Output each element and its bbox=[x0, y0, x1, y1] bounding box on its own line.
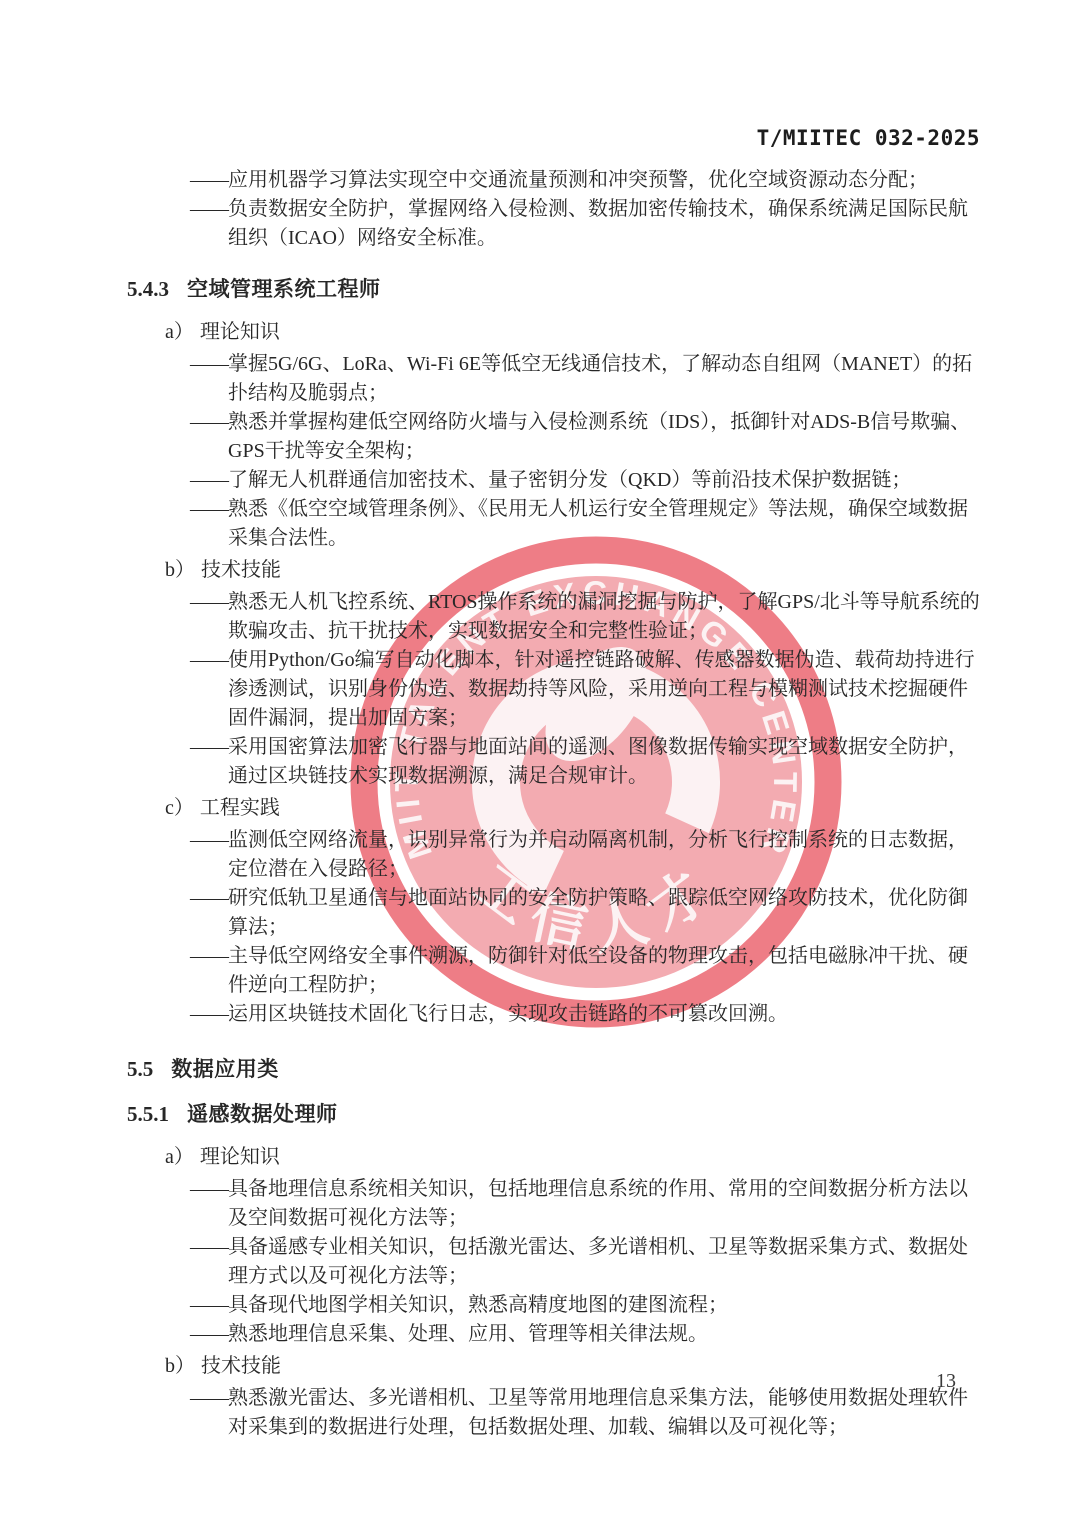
dash-mark: —— bbox=[190, 169, 228, 191]
dash-item-text: 研究低轨卫星通信与地面站协同的安全防护策略、跟踪低空网络攻防技术，优化防御算法； bbox=[228, 887, 968, 938]
list-item-text: 技术技能 bbox=[201, 559, 281, 581]
section-number: 5.5 bbox=[127, 1057, 153, 1081]
dash-mark: —— bbox=[190, 1294, 228, 1316]
dash-item-text: 了解无人机群通信加密技术、量子密钥分发（QKD）等前沿技术保护数据链； bbox=[228, 469, 911, 491]
list-item-label: c） bbox=[165, 797, 194, 819]
dash-item: ——应用机器学习算法实现空中交通流量预测和冲突预警，优化空域资源动态分配； bbox=[127, 166, 982, 195]
page-number: 13 bbox=[936, 1370, 956, 1393]
list-item-a: a）理论知识 bbox=[165, 318, 982, 347]
dash-item-text: 负责数据安全防护，掌握网络入侵检测、数据加密传输技术，确保系统满足国际民航组织（… bbox=[228, 198, 968, 249]
dash-item-text: 具备地理信息系统相关知识，包括地理信息系统的作用、常用的空间数据分析方法以及空间… bbox=[228, 1178, 968, 1229]
dash-item: ——研究低轨卫星通信与地面站协同的安全防护策略、跟踪低空网络攻防技术，优化防御算… bbox=[127, 884, 982, 942]
list-item-b: b）技术技能 bbox=[165, 1352, 982, 1381]
dash-item-text: 具备遥感专业相关知识，包括激光雷达、多光谱相机、卫星等数据采集方式、数据处理方式… bbox=[228, 1236, 968, 1287]
dash-item-text: 掌握5G/6G、LoRa、Wi-Fi 6E等低空无线通信技术，了解动态自组网（M… bbox=[228, 353, 972, 404]
section-heading-5-5-1: 5.5.1遥感数据处理师 bbox=[127, 1100, 982, 1129]
dash-item-text: 熟悉《低空空域管理条例》、《民用无人机运行安全管理规定》等法规，确保空域数据采集… bbox=[228, 498, 968, 549]
dash-item: ——负责数据安全防护，掌握网络入侵检测、数据加密传输技术，确保系统满足国际民航组… bbox=[127, 195, 982, 253]
list-item-label: b） bbox=[165, 559, 195, 581]
dash-item-text: 熟悉并掌握构建低空网络防火墙与入侵检测系统（IDS），抵御针对ADS-B信号欺骗… bbox=[228, 411, 970, 462]
dash-mark: —— bbox=[190, 1236, 228, 1258]
section-title: 数据应用类 bbox=[171, 1058, 279, 1081]
dash-item: ——掌握5G/6G、LoRa、Wi-Fi 6E等低空无线通信技术，了解动态自组网… bbox=[127, 350, 982, 408]
dash-item-text: 运用区块链技术固化飞行日志，实现攻击链路的不可篡改回溯。 bbox=[228, 1003, 788, 1025]
dash-item-text: 熟悉地理信息采集、处理、应用、管理等相关律法规。 bbox=[228, 1323, 708, 1345]
document-content: ——应用机器学习算法实现空中交通流量预测和冲突预警，优化空域资源动态分配； ——… bbox=[127, 166, 982, 1442]
list-item-a: a）理论知识 bbox=[165, 1143, 982, 1172]
dash-mark: —— bbox=[190, 198, 228, 220]
dash-item-text: 熟悉激光雷达、多光谱相机、卫星等常用地理信息采集方法，能够使用数据处理软件对采集… bbox=[228, 1387, 968, 1438]
dash-item-text: 使用Python/Go编写自动化脚本，针对遥控链路破解、传感器数据伪造、载荷劫持… bbox=[228, 649, 975, 729]
dash-mark: —— bbox=[190, 649, 228, 671]
dash-item: ——具备现代地图学相关知识，熟悉高精度地图的建图流程； bbox=[127, 1291, 982, 1320]
list-item-text: 工程实践 bbox=[200, 797, 280, 819]
list-item-text: 理论知识 bbox=[200, 1146, 280, 1168]
section-title: 空域管理系统工程师 bbox=[187, 278, 381, 301]
dash-item: ——运用区块链技术固化飞行日志，实现攻击链路的不可篡改回溯。 bbox=[127, 1000, 982, 1029]
dash-mark: —— bbox=[190, 1178, 228, 1200]
dash-mark: —— bbox=[190, 469, 228, 491]
dash-mark: —— bbox=[190, 411, 228, 433]
dash-item-text: 主导低空网络安全事件溯源，防御针对低空设备的物理攻击，包括电磁脉冲干扰、硬件逆向… bbox=[228, 945, 968, 996]
list-item-text: 技术技能 bbox=[201, 1355, 281, 1377]
list-item-text: 理论知识 bbox=[200, 321, 280, 343]
dash-mark: —— bbox=[190, 736, 228, 758]
list-item-label: a） bbox=[165, 321, 194, 343]
dash-mark: —— bbox=[190, 887, 228, 909]
dash-item: ——具备遥感专业相关知识，包括激光雷达、多光谱相机、卫星等数据采集方式、数据处理… bbox=[127, 1233, 982, 1291]
dash-mark: —— bbox=[190, 1387, 228, 1409]
dash-item: ——主导低空网络安全事件溯源，防御针对低空设备的物理攻击，包括电磁脉冲干扰、硬件… bbox=[127, 942, 982, 1000]
list-item-b: b）技术技能 bbox=[165, 556, 982, 585]
dash-item: ——采用国密算法加密飞行器与地面站间的遥测、图像数据传输实现空域数据安全防护，通… bbox=[127, 733, 982, 791]
section-number: 5.4.3 bbox=[127, 277, 169, 301]
list-item-label: b） bbox=[165, 1355, 195, 1377]
doc-code-header: T/MIITEC 032-2025 bbox=[0, 0, 1080, 150]
dash-item-text: 熟悉无人机飞控系统、RTOS操作系统的漏洞挖掘与防护，了解GPS/北斗等导航系统… bbox=[228, 591, 980, 642]
dash-item: ——具备地理信息系统相关知识，包括地理信息系统的作用、常用的空间数据分析方法以及… bbox=[127, 1175, 982, 1233]
section-heading-5-5: 5.5数据应用类 bbox=[127, 1055, 982, 1084]
list-item-label: a） bbox=[165, 1146, 194, 1168]
dash-item: ——熟悉并掌握构建低空网络防火墙与入侵检测系统（IDS），抵御针对ADS-B信号… bbox=[127, 408, 982, 466]
dash-item-text: 具备现代地图学相关知识，熟悉高精度地图的建图流程； bbox=[228, 1294, 728, 1316]
dash-mark: —— bbox=[190, 1323, 228, 1345]
dash-mark: —— bbox=[190, 498, 228, 520]
dash-item-text: 采用国密算法加密飞行器与地面站间的遥测、图像数据传输实现空域数据安全防护，通过区… bbox=[228, 736, 968, 787]
dash-item-text: 监测低空网络流量，识别异常行为并启动隔离机制，分析飞行控制系统的日志数据，定位潜… bbox=[228, 829, 968, 880]
dash-item: ——熟悉激光雷达、多光谱相机、卫星等常用地理信息采集方法，能够使用数据处理软件对… bbox=[127, 1384, 982, 1442]
section-title: 遥感数据处理师 bbox=[187, 1103, 338, 1126]
dash-item: ——监测低空网络流量，识别异常行为并启动隔离机制，分析飞行控制系统的日志数据，定… bbox=[127, 826, 982, 884]
dash-item: ——熟悉无人机飞控系统、RTOS操作系统的漏洞挖掘与防护，了解GPS/北斗等导航… bbox=[127, 588, 982, 646]
dash-mark: —— bbox=[190, 829, 228, 851]
dash-item: ——使用Python/Go编写自动化脚本，针对遥控链路破解、传感器数据伪造、载荷… bbox=[127, 646, 982, 733]
document-page: MIIT TALENT EXCHANGE CENTER 工信人才 T/MIITE… bbox=[0, 0, 1080, 1527]
dash-mark: —— bbox=[190, 1003, 228, 1025]
dash-item: ——熟悉《低空空域管理条例》、《民用无人机运行安全管理规定》等法规，确保空域数据… bbox=[127, 495, 982, 553]
dash-mark: —— bbox=[190, 591, 228, 613]
section-number: 5.5.1 bbox=[127, 1102, 169, 1126]
dash-item: ——了解无人机群通信加密技术、量子密钥分发（QKD）等前沿技术保护数据链； bbox=[127, 466, 982, 495]
dash-item-text: 应用机器学习算法实现空中交通流量预测和冲突预警，优化空域资源动态分配； bbox=[228, 169, 928, 191]
dash-item: ——熟悉地理信息采集、处理、应用、管理等相关律法规。 bbox=[127, 1320, 982, 1349]
dash-mark: —— bbox=[190, 945, 228, 967]
list-item-c: c）工程实践 bbox=[165, 794, 982, 823]
dash-mark: —— bbox=[190, 353, 228, 375]
section-heading-5-4-3: 5.4.3空域管理系统工程师 bbox=[127, 275, 982, 304]
